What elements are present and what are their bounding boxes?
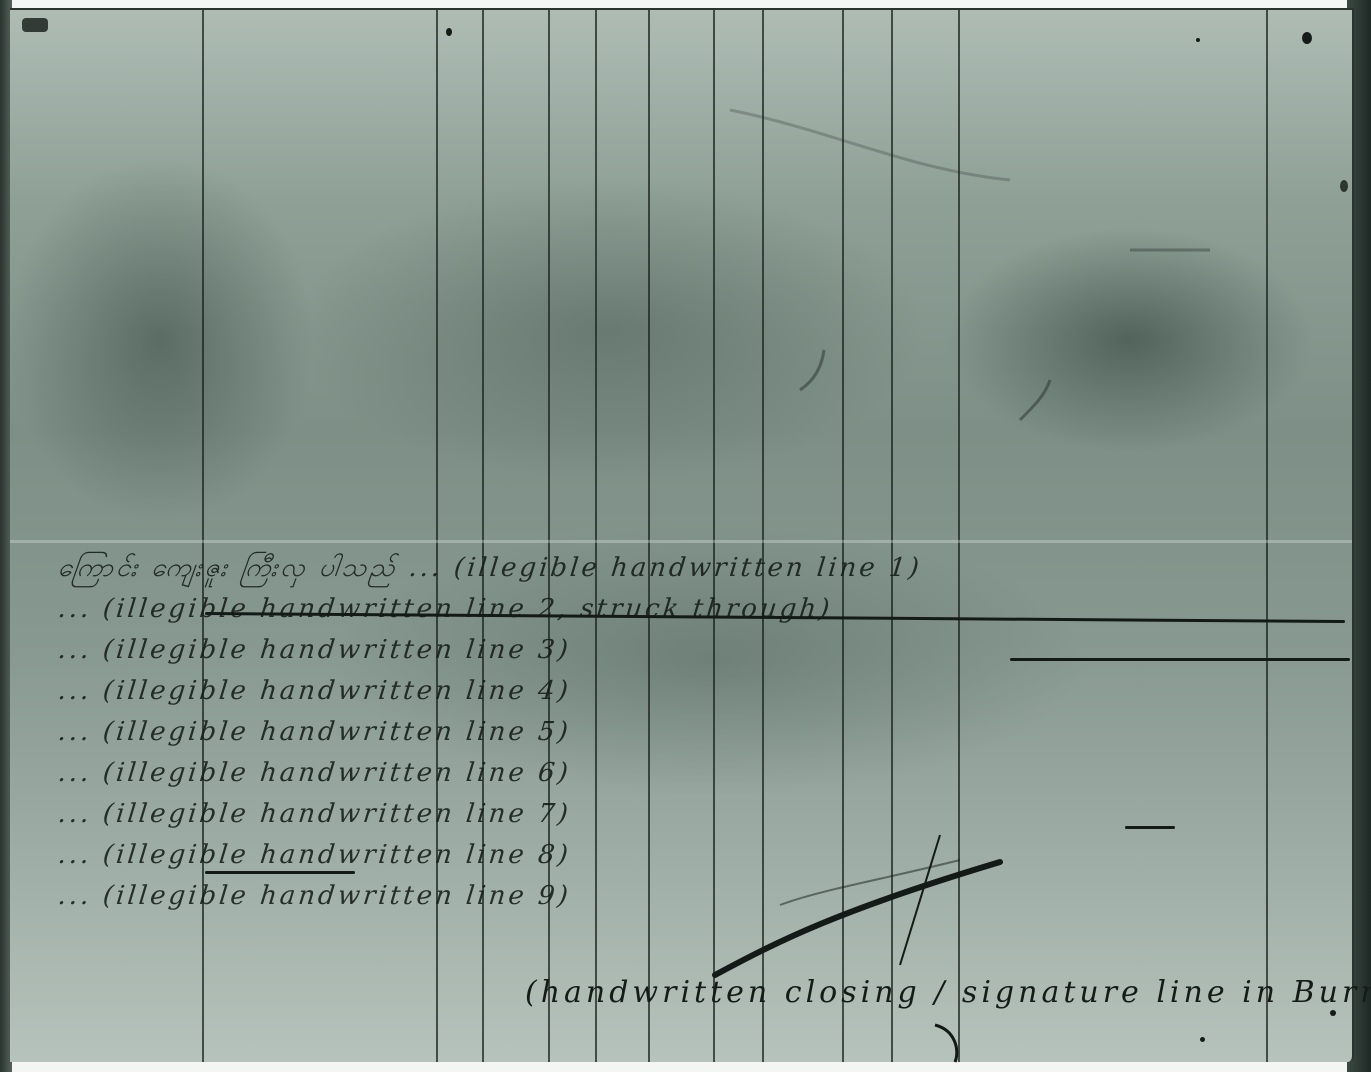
signature-line: (handwritten closing / signature line in… [525, 975, 1371, 1010]
signature-flourish [0, 0, 1371, 1072]
